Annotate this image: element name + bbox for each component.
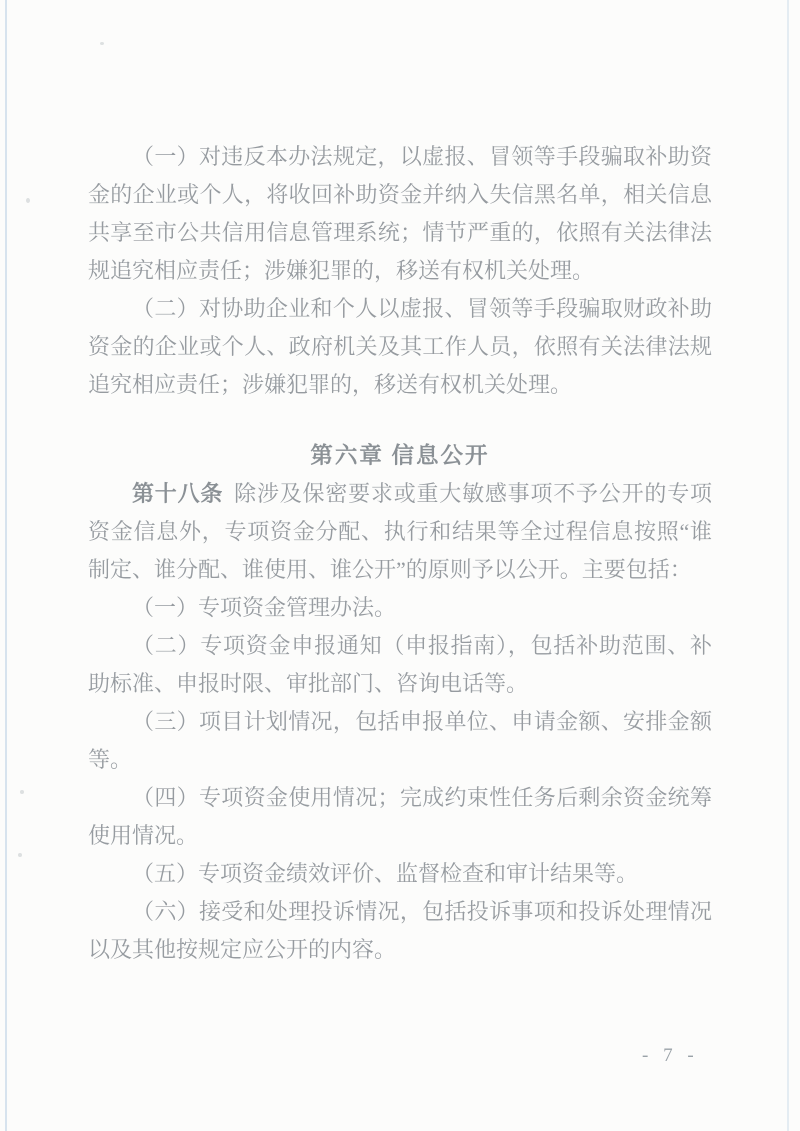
list-item-4: （四）专项资金使用情况；完成约束性任务后剩余资金统筹使用情况。 xyxy=(88,779,712,855)
article-18-paragraph: 第十八条除涉及保密要求或重大敏感事项不予公开的专项资金信息外，专项资金分配、执行… xyxy=(88,475,712,589)
chapter-heading: 第六章 信息公开 xyxy=(88,437,712,475)
scan-speck xyxy=(100,42,104,45)
list-item-3: （三）项目计划情况，包括申报单位、申请金额、安排金额等。 xyxy=(88,703,712,779)
scan-edge-right-line xyxy=(787,0,789,1131)
scan-speck xyxy=(18,853,22,857)
document-page: （一）对违反本办法规定，以虚报、冒领等手段骗取补助资金的企业或个人，将收回补助资… xyxy=(0,0,800,1131)
list-item-5: （五）专项资金绩效评价、监督检查和审计结果等。 xyxy=(88,855,712,893)
document-body: （一）对违反本办法规定，以虚报、冒领等手段骗取补助资金的企业或个人，将收回补助资… xyxy=(88,138,712,969)
scan-speck xyxy=(20,790,24,794)
scan-edge-left-line xyxy=(5,0,7,1131)
penalty-paragraph-2: （二）对协助企业和个人以虚报、冒领等手段骗取财政补助资金的企业或个人、政府机关及… xyxy=(88,290,712,404)
article-number: 第十八条 xyxy=(132,481,223,506)
list-item-1: （一）专项资金管理办法。 xyxy=(88,589,712,627)
scan-speck xyxy=(26,198,30,203)
page-number: - 7 - xyxy=(642,1044,699,1068)
penalty-paragraph-1: （一）对违反本办法规定，以虚报、冒领等手段骗取补助资金的企业或个人，将收回补助资… xyxy=(88,138,712,290)
list-item-6: （六）接受和处理投诉情况，包括投诉事项和投诉处理情况以及其他按规定应公开的内容。 xyxy=(88,893,712,969)
list-item-2: （二）专项资金申报通知（申报指南），包括补助范围、补助标准、申报时限、审批部门、… xyxy=(88,627,712,703)
